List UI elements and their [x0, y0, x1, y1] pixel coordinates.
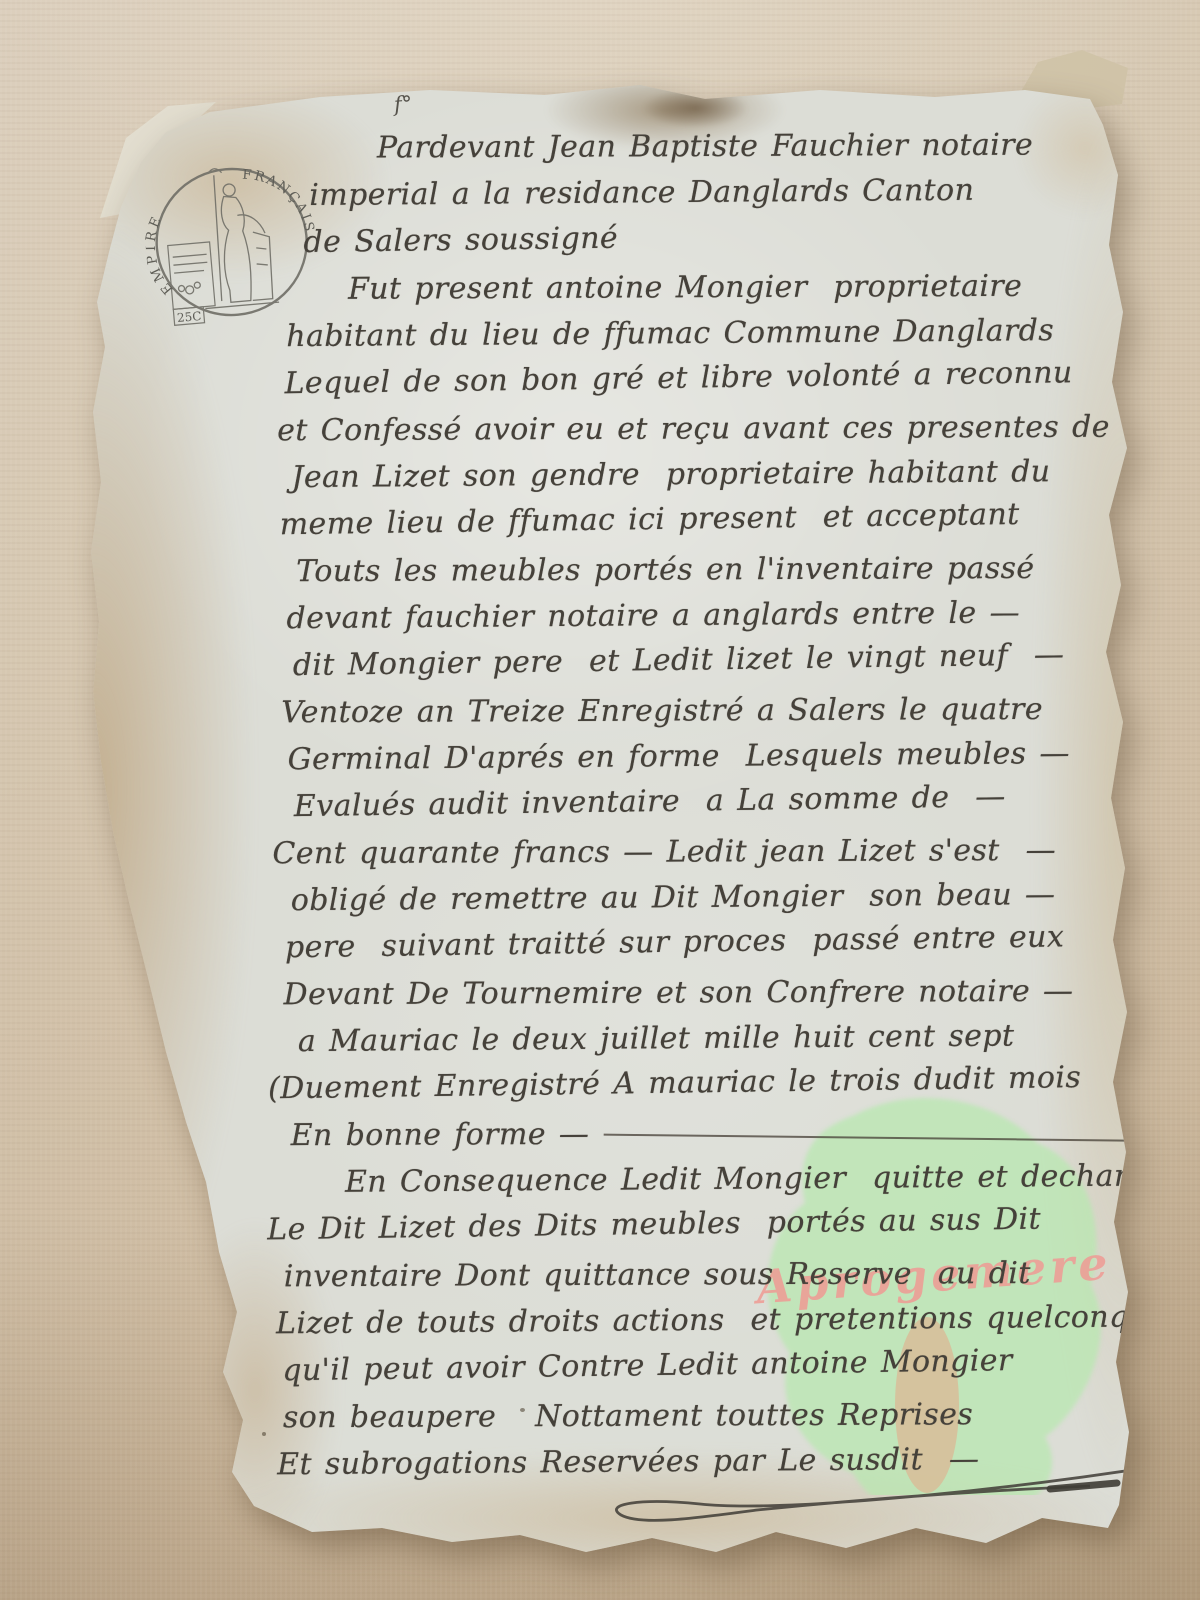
manuscript-line: En Consequence Ledit Mongier quitte et d… [255, 1149, 1139, 1203]
manuscript-line-text: Touts les meubles portés en l'inventaire… [296, 550, 1034, 591]
manuscript-line-text: Fut present antoine Mongier proprietaire [348, 268, 1022, 309]
manuscript-line: Fut present antoine Mongier proprietaire [248, 256, 1132, 310]
manuscript-line-text: son beaupere Nottament touttes Reprises [283, 1396, 973, 1437]
manuscript-line-text: de Salers soussigné [303, 220, 618, 262]
manuscript-line: devant fauchier notaire a anglards entre… [250, 585, 1134, 639]
manuscript-line: obligé de remettre au Dit Mongier son be… [253, 867, 1137, 921]
folio-mark: f° [393, 91, 413, 116]
manuscript-line: En bonne forme — [254, 1102, 1138, 1156]
manuscript-line: dit Mongier pere et Ledit lizet le vingt… [251, 632, 1135, 686]
manuscript-line: et Confessé avoir eu et reçu avant ces p… [249, 397, 1133, 451]
signature-flourish [545, 1452, 1155, 1537]
manuscript-line: Lizet de touts droits actions et pretent… [256, 1290, 1140, 1344]
manuscript-line-text: qu'il peut avoir Contre Ledit antoine Mo… [282, 1342, 1013, 1390]
manuscript-line-text: a Mauriac le deux juillet mille huit cen… [298, 1017, 1015, 1061]
document-page: Aprogemere [0, 0, 1200, 1600]
manuscript-line: Lequel de son bon gré et libre volonté a… [249, 350, 1133, 404]
manuscript-line: a Mauriac le deux juillet mille huit cen… [254, 1008, 1138, 1062]
manuscript-line: Cent quarante francs — Ledit jean Lizet … [252, 820, 1136, 874]
manuscript-line-text: Lequel de son bon gré et libre volonté a… [284, 354, 1073, 403]
manuscript-line-text: habitant du lieu de ffumac Commune Dangl… [286, 312, 1054, 356]
manuscript-line: Le Dit Lizet des Dits meubles portés au … [255, 1196, 1139, 1250]
manuscript-line: Touts les meubles portés en l'inventaire… [250, 538, 1134, 592]
ink-speck [262, 1432, 266, 1436]
manuscript-line-text: pere suivant traitté sur proces passé en… [285, 918, 1065, 967]
manuscript-line: pere suivant traitté sur proces passé en… [253, 914, 1137, 968]
document-page-wrap: Aprogemere [0, 0, 1200, 1600]
manuscript-line-text: Germinal D'aprés en forme Lesquels meubl… [288, 735, 1070, 779]
manuscript-line-text: dit Mongier pere et Ledit lizet le vingt… [293, 636, 1065, 685]
manuscript-line: Pardevant Jean Baptiste Fauchier notaire [247, 115, 1131, 169]
ink-speck [520, 1408, 525, 1412]
manuscript-line: habitant du lieu de ffumac Commune Dangl… [248, 303, 1132, 357]
manuscript-line: de Salers soussigné [247, 209, 1131, 263]
manuscript-line-text: En Consequence Ledit Mongier quitte et d… [345, 1157, 1167, 1201]
stamp-arc-empire: EMPIRE [139, 210, 177, 299]
manuscript-line-text: (Duement Enregistré A mauriac le trois d… [268, 1059, 1081, 1108]
manuscript-line: imperial a la residance Danglards Canton [247, 162, 1131, 216]
manuscript-line-text: En bonne forme — [291, 1116, 590, 1155]
manuscript-line-text: devant fauchier notaire a anglards entre… [286, 594, 1020, 638]
manuscript-line-text: Evalués audit inventaire a La somme de — [294, 778, 1006, 826]
manuscript-line-text: obligé de remettre au Dit Mongier son be… [291, 876, 1056, 920]
manuscript-line-text: Devant De Tournemire et son Confrere not… [284, 973, 1074, 1014]
manuscript-line-text: meme lieu de ffumac ici present et accep… [279, 496, 1019, 544]
manuscript-line-text: Lizet de touts droits actions et pretent… [276, 1298, 1183, 1343]
manuscript-line: (Duement Enregistré A mauriac le trois d… [254, 1055, 1138, 1109]
manuscript-line: Devant De Tournemire et son Confrere not… [253, 961, 1137, 1015]
manuscript-line: son beaupere Nottament touttes Reprises [257, 1384, 1141, 1438]
manuscript-line-text: Cent quarante francs — Ledit jean Lizet … [272, 832, 1056, 873]
manuscript-line-text: Ventoze an Treize Enregistré a Salers le… [281, 691, 1043, 732]
manuscript-text: Pardevant Jean Baptiste Fauchier notaire… [247, 115, 1142, 1485]
manuscript-line: qu'il peut avoir Contre Ledit antoine Mo… [256, 1337, 1140, 1391]
manuscript-line: Evalués audit inventaire a La somme de — [252, 773, 1136, 827]
manuscript-line-text: Pardevant Jean Baptiste Fauchier notaire [377, 127, 1033, 168]
manuscript-line-text: et Confessé avoir eu et reçu avant ces p… [277, 409, 1110, 451]
manuscript-line: Germinal D'aprés en forme Lesquels meubl… [251, 726, 1135, 780]
photo-scene: Aprogemere [0, 0, 1200, 1600]
water-stain-left [20, 220, 250, 1360]
manuscript-line-text: Jean Lizet son gendre proprietaire habit… [291, 453, 1050, 497]
manuscript-line: Jean Lizet son gendre proprietaire habit… [249, 444, 1133, 498]
stamp-denomination: 25C [176, 309, 202, 325]
manuscript-line-text: inventaire Dont quittance sous Reserve a… [284, 1255, 1031, 1296]
manuscript-line-text: Le Dit Lizet des Dits meubles portés au … [267, 1201, 1041, 1250]
manuscript-line: meme lieu de ffumac ici present et accep… [250, 491, 1134, 545]
manuscript-line: inventaire Dont quittance sous Reserve a… [256, 1243, 1140, 1297]
manuscript-line-text: imperial a la residance Danglards Canton [309, 172, 974, 215]
manuscript-line: Ventoze an Treize Enregistré a Salers le… [251, 679, 1135, 733]
